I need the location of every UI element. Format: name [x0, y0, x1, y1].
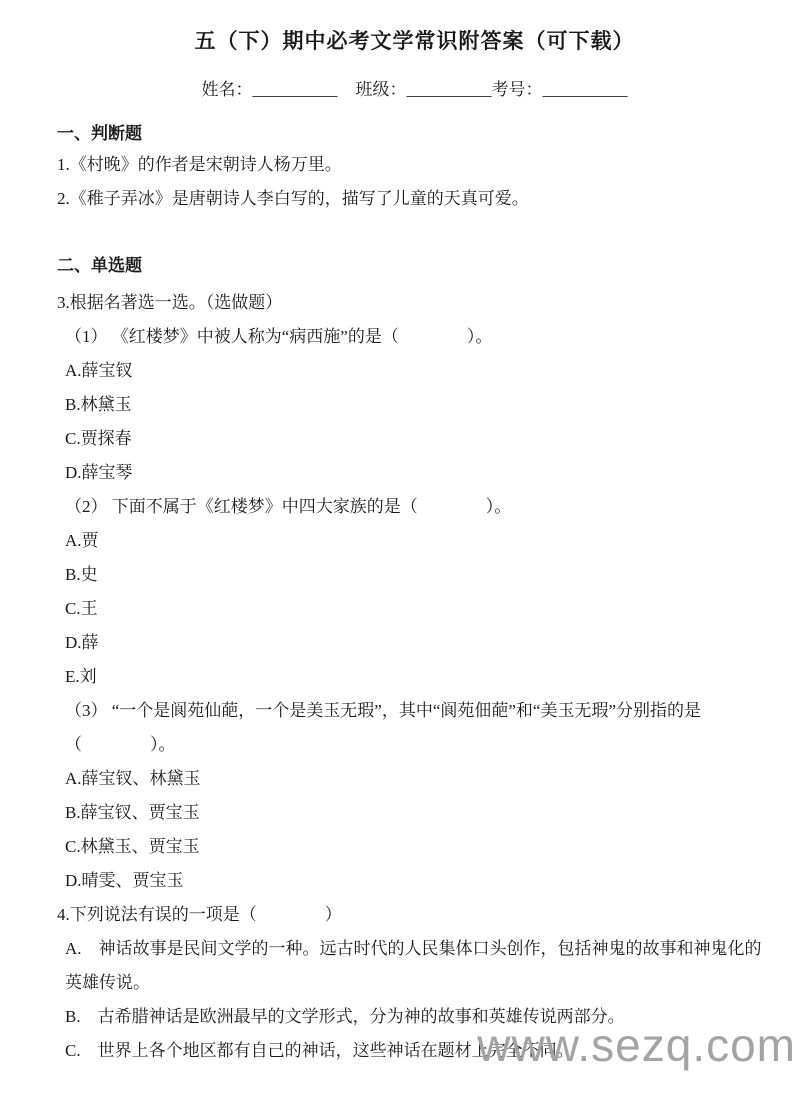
student-info-line: 姓名：__________班级：__________考号：__________ — [57, 76, 772, 104]
name-blank-underline: __________ — [253, 80, 338, 99]
question-2: 2.《稚子弄冰》是唐朝诗人李白写的，描写了儿童的天真可爱。 — [57, 182, 772, 216]
worksheet-page: 五（下）期中必考文学常识附答案（可下载） 姓名：__________班级：___… — [0, 0, 800, 1099]
question-3-2-option-c: C.王 — [57, 592, 772, 626]
question-3-2-stem: （2） 下面不属于《红楼梦》中四大家族的是（ ）。 — [57, 490, 772, 524]
question-4-option-a: A. 神话故事是民间文学的一种。远古时代的人民集体口头创作，包括神鬼的故事和神鬼… — [57, 932, 772, 1000]
class-label: 班级： — [356, 80, 407, 99]
question-3-1-option-b: B.林黛玉 — [57, 388, 772, 422]
question-3-3-stem: （3） “一个是阆苑仙葩，一个是美玉无瑕”，其中“阆苑佃葩”和“美玉无瑕”分别指… — [57, 694, 772, 762]
name-label: 姓名： — [202, 80, 253, 99]
question-3-1-option-c: C.贾探春 — [57, 422, 772, 456]
question-3-3-option-d: D.晴雯、贾宝玉 — [57, 864, 772, 898]
question-3-3-option-b: B.薛宝钗、贾宝玉 — [57, 796, 772, 830]
question-3-1-stem: （1） 《红楼梦》中被人称为“病西施”的是（ ）。 — [57, 320, 772, 354]
question-3-3-option-a: A.薛宝钗、林黛玉 — [57, 762, 772, 796]
question-3-2-option-a: A.贾 — [57, 524, 772, 558]
section-1-heading: 一、判断题 — [57, 120, 772, 148]
question-3-2-option-e: E.刘 — [57, 660, 772, 694]
question-3-2-option-b: B.史 — [57, 558, 772, 592]
question-4-option-b: B. 古希腊神话是欧洲最早的文学形式，分为神的故事和英雄传说两部分。 — [57, 1000, 772, 1034]
question-3-stem: 3.根据名著选一选。（选做题） — [57, 286, 772, 320]
question-1: 1.《村晚》的作者是宋朝诗人杨万里。 — [57, 148, 772, 182]
exam-number-blank-underline: __________ — [543, 80, 628, 99]
class-blank-underline: __________ — [407, 80, 492, 99]
question-3-3-option-c: C.林黛玉、贾宝玉 — [57, 830, 772, 864]
question-4-option-c: C. 世界上各个地区都有自己的神话，这些神话在题材上完全不同。 — [57, 1034, 772, 1068]
question-3-1-option-a: A.薛宝钗 — [57, 354, 772, 388]
question-4-stem: 4.下列说法有误的一项是（ ） — [57, 898, 772, 932]
question-3-1-option-d: D.薛宝琴 — [57, 456, 772, 490]
section-2-heading: 二、单选题 — [57, 252, 772, 280]
question-3-2-option-d: D.薛 — [57, 626, 772, 660]
exam-number-label: 考号： — [492, 80, 543, 99]
page-title: 五（下）期中必考文学常识附答案（可下载） — [57, 26, 772, 56]
